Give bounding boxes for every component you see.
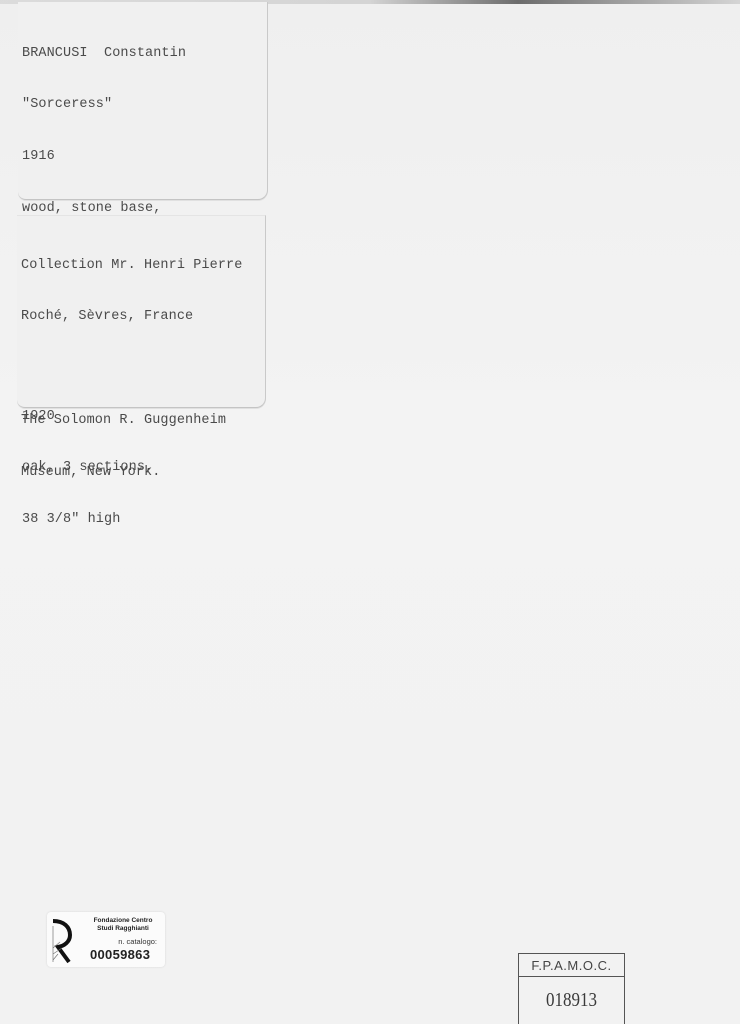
stamp-number: 018913 [527, 989, 616, 1012]
sticker-organization: Fondazione Centro Studi Ragghianti [83, 917, 163, 933]
provenance-typed-text: Collection Mr. Henri Pierre Roché, Sèvre… [21, 222, 242, 516]
stamp-header: F.P.A.M.O.C. [519, 954, 624, 977]
collection-line-1: Collection Mr. Henri Pierre [21, 257, 242, 274]
catalog-sticker: Fondazione Centro Studi Ragghianti n. ca… [47, 912, 165, 967]
museum-line-2: Museum, New York. [21, 464, 242, 481]
photo-verso-sheet: BRANCUSI Constantin "Sorceress" 1916 woo… [0, 0, 740, 1024]
provenance-label: Collection Mr. Henri Pierre Roché, Sèvre… [17, 215, 266, 408]
fpamoc-stamp: F.P.A.M.O.C. 018913 [518, 953, 625, 1024]
artwork-label: BRANCUSI Constantin "Sorceress" 1916 woo… [18, 2, 268, 200]
catalog-number: 00059863 [90, 947, 150, 962]
title-line: "Sorceress" [22, 96, 186, 113]
year-line: 1916 [22, 148, 186, 165]
museum-line-1: The Solomon R. Guggenheim [21, 412, 242, 429]
artist-line: BRANCUSI Constantin [22, 45, 186, 62]
ragghianti-r-logo-icon [50, 918, 74, 964]
catalog-label: n. catalogo: [118, 937, 157, 946]
collection-line-2: Roché, Sèvres, France [21, 308, 242, 325]
